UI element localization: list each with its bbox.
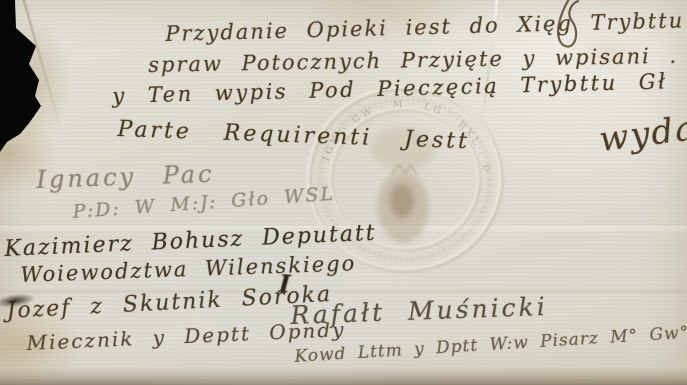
manuscript-scan: · IGN · GW · M · LG · RXL · D · PACT · P… [0,0,687,385]
